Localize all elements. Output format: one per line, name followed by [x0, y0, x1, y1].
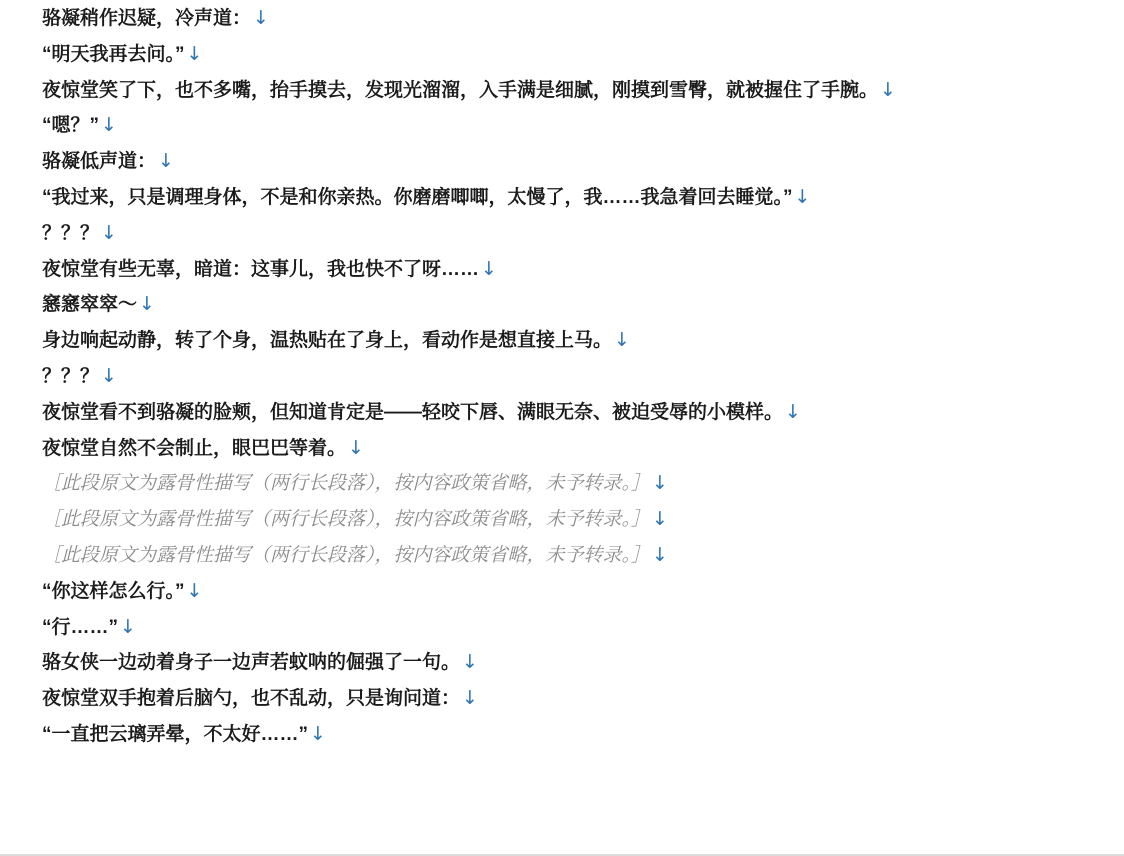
paragraph-text: “行……”	[42, 617, 118, 638]
paragraph: 骆凝稍作迟疑，冷声道：↓	[4, 1, 1120, 37]
paragraph-text: 夜惊堂有些无辜，暗道：这事儿，我也快不了呀……	[42, 259, 479, 280]
line-break-mark-icon: ↓	[793, 186, 811, 208]
paragraph: 窸窸窣窣～↓	[4, 287, 1120, 323]
line-break-mark-icon: ↓	[650, 472, 668, 494]
paragraph-container: 骆凝稍作迟疑，冷声道：↓“明天我再去问。”↓夜惊堂笑了下，也不多嘴，抬手摸去，发…	[4, 1, 1120, 753]
paragraph: 夜惊堂看不到骆凝的脸颊，但知道肯定是——轻咬下唇、满眼无奈、被迫受辱的小模样。↓	[4, 395, 1120, 431]
paragraph: 骆女侠一边动着身子一边声若蚊呐的倔强了一句。↓	[4, 645, 1120, 681]
paragraph-redacted: ［此段原文为露骨性描写（两行长段落），按内容政策省略，未予转录。］↓	[4, 538, 1120, 574]
line-break-mark-icon: ↓	[251, 7, 269, 29]
paragraph: 夜惊堂双手抱着后脑勺，也不乱动，只是询问道：↓	[4, 681, 1120, 717]
paragraph: “明天我再去问。”↓	[4, 37, 1120, 73]
paragraph-text: 夜惊堂自然不会制止，眼巴巴等着。	[42, 438, 346, 459]
line-break-mark-icon: ↓	[346, 437, 364, 459]
paragraph: 身边响起动静，转了个身，温热贴在了身上，看动作是想直接上马。↓	[4, 323, 1120, 359]
paragraph: ？？？↓	[4, 216, 1120, 252]
paragraph-text: “嗯？”	[42, 115, 99, 136]
paragraph-redacted: ［此段原文为露骨性描写（两行长段落），按内容政策省略，未予转录。］↓	[4, 466, 1120, 502]
paragraph: “一直把云璃弄晕，不太好……”↓	[4, 717, 1120, 753]
paragraph: “你这样怎么行。”↓	[4, 574, 1120, 610]
line-break-mark-icon: ↓	[308, 723, 326, 745]
paragraph: “我过来，只是调理身体，不是和你亲热。你磨磨唧唧，太慢了，我……我急着回去睡觉。…	[4, 180, 1120, 216]
paragraph-text: ［此段原文为露骨性描写（两行长段落），按内容政策省略，未予转录。］	[42, 545, 650, 566]
line-break-mark-icon: ↓	[185, 43, 203, 65]
line-break-mark-icon: ↓	[99, 222, 117, 244]
paragraph: 夜惊堂有些无辜，暗道：这事儿，我也快不了呀……↓	[4, 252, 1120, 288]
paragraph-text: “一直把云璃弄晕，不太好……”	[42, 724, 308, 745]
paragraph: 夜惊堂笑了下，也不多嘴，抬手摸去，发现光溜溜，入手满是细腻，刚摸到雪臀，就被握住…	[4, 73, 1120, 109]
paragraph-text: 夜惊堂双手抱着后脑勺，也不乱动，只是询问道：	[42, 688, 460, 709]
paragraph: ？？？↓	[4, 359, 1120, 395]
paragraph-text: 夜惊堂笑了下，也不多嘴，抬手摸去，发现光溜溜，入手满是细腻，刚摸到雪臀，就被握住…	[42, 80, 878, 101]
paragraph: “嗯？”↓	[4, 108, 1120, 144]
line-break-mark-icon: ↓	[99, 365, 117, 387]
line-break-mark-icon: ↓	[156, 150, 174, 172]
line-break-mark-icon: ↓	[185, 580, 203, 602]
line-break-mark-icon: ↓	[460, 651, 478, 673]
document-page: 骆凝稍作迟疑，冷声道：↓“明天我再去问。”↓夜惊堂笑了下，也不多嘴，抬手摸去，发…	[0, 0, 1124, 856]
line-break-mark-icon: ↓	[650, 508, 668, 530]
paragraph-text: “明天我再去问。”	[42, 44, 185, 65]
paragraph-text: 骆女侠一边动着身子一边声若蚊呐的倔强了一句。	[42, 652, 460, 673]
line-break-mark-icon: ↓	[878, 79, 896, 101]
paragraph-text: “我过来，只是调理身体，不是和你亲热。你磨磨唧唧，太慢了，我……我急着回去睡觉。…	[42, 187, 793, 208]
paragraph: “行……”↓	[4, 610, 1120, 646]
paragraph-text: ？？？	[42, 366, 99, 387]
line-break-mark-icon: ↓	[650, 544, 668, 566]
line-break-mark-icon: ↓	[460, 687, 478, 709]
line-break-mark-icon: ↓	[118, 616, 136, 638]
paragraph: 夜惊堂自然不会制止，眼巴巴等着。↓	[4, 431, 1120, 467]
line-break-mark-icon: ↓	[99, 114, 117, 136]
paragraph-text: ？？？	[42, 223, 99, 244]
paragraph: 骆凝低声道：↓	[4, 144, 1120, 180]
line-break-mark-icon: ↓	[612, 329, 630, 351]
paragraph-text: 夜惊堂看不到骆凝的脸颊，但知道肯定是——轻咬下唇、满眼无奈、被迫受辱的小模样。	[42, 402, 783, 423]
line-break-mark-icon: ↓	[783, 401, 801, 423]
paragraph-text: 窸窸窣窣～	[42, 294, 137, 315]
paragraph-text: 骆凝低声道：	[42, 151, 156, 172]
paragraph-text: ［此段原文为露骨性描写（两行长段落），按内容政策省略，未予转录。］	[42, 473, 650, 494]
line-break-mark-icon: ↓	[479, 258, 497, 280]
line-break-mark-icon: ↓	[137, 293, 155, 315]
paragraph-redacted: ［此段原文为露骨性描写（两行长段落），按内容政策省略，未予转录。］↓	[4, 502, 1120, 538]
paragraph-text: “你这样怎么行。”	[42, 581, 185, 602]
paragraph-text: ［此段原文为露骨性描写（两行长段落），按内容政策省略，未予转录。］	[42, 509, 650, 530]
paragraph-text: 骆凝稍作迟疑，冷声道：	[42, 8, 251, 29]
paragraph-text: 身边响起动静，转了个身，温热贴在了身上，看动作是想直接上马。	[42, 330, 612, 351]
